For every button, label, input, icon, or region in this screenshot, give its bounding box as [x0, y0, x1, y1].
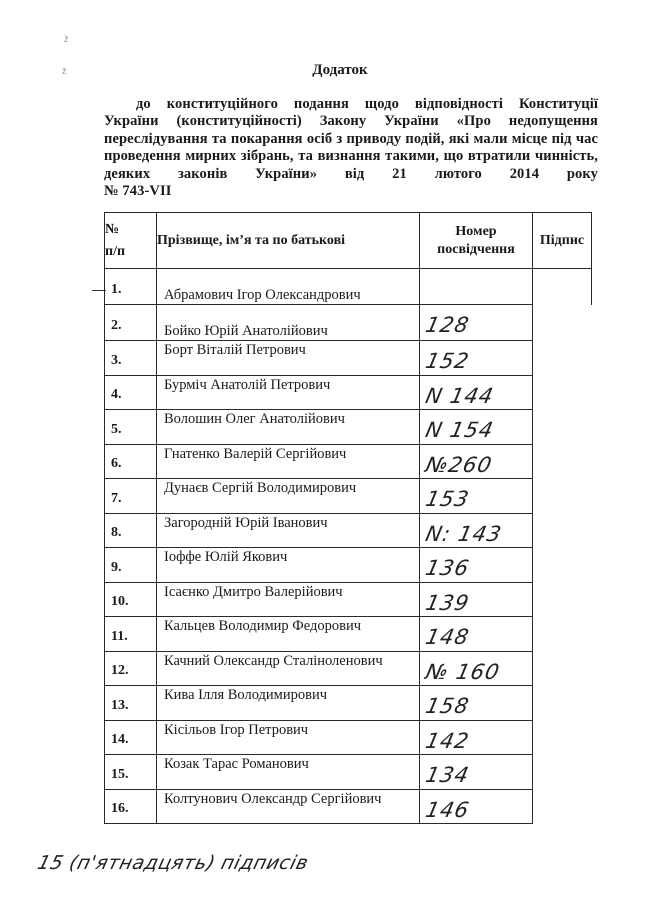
- handwritten-id: № 160: [423, 660, 502, 684]
- row-id-number: N: 143: [420, 513, 533, 548]
- row-number: 8.: [105, 513, 157, 548]
- handwritten-id: №260: [423, 453, 494, 477]
- row-full-name: Кива Ілля Володимирович: [157, 686, 420, 721]
- deputies-table: № п/п Прізвище, ім’я та по батькові Номе…: [104, 212, 592, 824]
- row-number: 12.: [105, 651, 157, 686]
- intro-word: року: [567, 166, 598, 183]
- row-signature: [533, 444, 592, 479]
- row-id-number: [420, 269, 533, 305]
- table-row: 9.Іоффе Юлій Якович136: [105, 548, 592, 583]
- row-signature: [533, 548, 592, 583]
- row-id-number: 139: [420, 582, 533, 617]
- row-full-name: Дунаєв Сергій Володимирович: [157, 479, 420, 514]
- row-id-number: 146: [420, 789, 533, 824]
- row-number: 11.: [105, 617, 157, 652]
- row-full-name: Кальцев Володимир Федорович: [157, 617, 420, 652]
- document-title: Додаток: [0, 62, 650, 79]
- row-full-name: Кісільов Ігор Петрович: [157, 720, 420, 755]
- row-signature: [533, 269, 592, 305]
- table-header-row: № п/п Прізвище, ім’я та по батькові Номе…: [105, 213, 592, 269]
- row-id-number: N 154: [420, 410, 533, 445]
- row-signature: [533, 651, 592, 686]
- row-number: 16.: [105, 789, 157, 824]
- table-row: 5.Волошин Олег АнатолійовичN 154: [105, 410, 592, 445]
- row-id-number: 148: [420, 617, 533, 652]
- handwritten-id: 139: [423, 591, 471, 615]
- handwritten-id: 146: [423, 798, 471, 822]
- row-id-number: № 160: [420, 651, 533, 686]
- row-id-number: 134: [420, 755, 533, 790]
- table-row: 6.Гнатенко Валерій Сергійович№260: [105, 444, 592, 479]
- row-number: 5.: [105, 410, 157, 445]
- row-full-name: Ісаєнко Дмитро Валерійович: [157, 582, 420, 617]
- row-signature: [533, 582, 592, 617]
- row-signature: [533, 479, 592, 514]
- row-signature: [533, 513, 592, 548]
- row-signature: [533, 341, 592, 376]
- handwritten-id: 136: [423, 556, 471, 580]
- intro-line: проведення мирних зібрань, та визнання т…: [104, 148, 598, 165]
- handwritten-id: 142: [423, 729, 471, 753]
- document-intro: до конституційного подання щодо відповід…: [104, 96, 598, 200]
- intro-word: 2014: [510, 166, 539, 183]
- row-id-number: 128: [420, 305, 533, 341]
- row-id-number: N 144: [420, 375, 533, 410]
- table-row: 8.Загородній Юрій ІвановичN: 143: [105, 513, 592, 548]
- row-number: 9.: [105, 548, 157, 583]
- row-number: 14.: [105, 720, 157, 755]
- signature-count-note: 15 (п'ятнадцять) підписів: [35, 852, 311, 874]
- handwritten-id: 134: [423, 763, 471, 787]
- row-full-name: Гнатенко Валерій Сергійович: [157, 444, 420, 479]
- row-signature: [533, 410, 592, 445]
- row-full-name: Колтунович Олександр Сергійович: [157, 789, 420, 824]
- table-row: 7.Дунаєв Сергій Володимирович153: [105, 479, 592, 514]
- row-id-number: 136: [420, 548, 533, 583]
- intro-line: України (конституційності) Закону Україн…: [104, 113, 598, 130]
- row-signature: [533, 789, 592, 824]
- row-full-name: Качний Олександр Сталіноленович: [157, 651, 420, 686]
- row-id-number: №260: [420, 444, 533, 479]
- intro-line: переслідування та покарання осіб з приво…: [104, 131, 598, 148]
- row-id-number: 142: [420, 720, 533, 755]
- intro-line: № 743-VII: [104, 183, 598, 200]
- handwritten-id: 152: [423, 349, 471, 373]
- row-full-name: Бойко Юрій Анатолійович: [157, 305, 420, 341]
- intro-word: від: [345, 166, 365, 183]
- table-row: 10.Ісаєнко Дмитро Валерійович139: [105, 582, 592, 617]
- header-number: № п/п: [105, 213, 157, 269]
- intro-word: 21: [392, 166, 407, 183]
- intro-word: лютого: [435, 166, 482, 183]
- row-signature: [533, 755, 592, 790]
- row-number: 3.: [105, 341, 157, 376]
- intro-word: законів: [178, 166, 227, 183]
- handwritten-id: N 154: [423, 418, 496, 442]
- row-full-name: Борт Віталій Петрович: [157, 341, 420, 376]
- table-row: 3.Борт Віталій Петрович152: [105, 341, 592, 376]
- row-signature: [533, 686, 592, 721]
- row-number: 1.: [105, 269, 157, 305]
- table-row: 13.Кива Ілля Володимирович158: [105, 686, 592, 721]
- handwritten-id: 128: [423, 313, 471, 337]
- header-signature: Підпис: [533, 213, 592, 269]
- table-row: 4.Бурміч Анатолій ПетровичN 144: [105, 375, 592, 410]
- scan-mark: ž: [64, 34, 69, 44]
- table-row: 14.Кісільов Ігор Петрович142: [105, 720, 592, 755]
- handwritten-id: N 144: [423, 384, 496, 408]
- table-row: 12.Качний Олександр Сталіноленович№ 160: [105, 651, 592, 686]
- row-signature: [533, 305, 592, 341]
- intro-word: України»: [255, 166, 317, 183]
- handwritten-id: N: 143: [423, 522, 504, 546]
- row-number: 6.: [105, 444, 157, 479]
- header-name: Прізвище, ім’я та по батькові: [157, 213, 420, 269]
- row-full-name: Іоффе Юлій Якович: [157, 548, 420, 583]
- row-full-name: Бурміч Анатолій Петрович: [157, 375, 420, 410]
- table-row: 2.Бойко Юрій Анатолійович128: [105, 305, 592, 341]
- row-number: 4.: [105, 375, 157, 410]
- intro-line: деякихзаконівУкраїни»від21лютого2014року: [104, 166, 598, 183]
- row-number: 2.: [105, 305, 157, 341]
- row-number: 10.: [105, 582, 157, 617]
- intro-line: до конституційного подання щодо відповід…: [104, 96, 598, 113]
- handwritten-id: 158: [423, 694, 471, 718]
- intro-word: деяких: [104, 166, 150, 183]
- row-full-name: Волошин Олег Анатолійович: [157, 410, 420, 445]
- handwritten-id: 153: [423, 487, 471, 511]
- row-full-name: Абрамович Ігор Олександрович: [157, 269, 420, 305]
- table-row: 1.Абрамович Ігор Олександрович: [105, 269, 592, 305]
- table-row: 16.Колтунович Олександр Сергійович146: [105, 789, 592, 824]
- row-signature: [533, 720, 592, 755]
- table-row: 11.Кальцев Володимир Федорович148: [105, 617, 592, 652]
- row-signature: [533, 375, 592, 410]
- row-number: 13.: [105, 686, 157, 721]
- table-row: 15.Козак Тарас Романович134: [105, 755, 592, 790]
- row-id-number: 158: [420, 686, 533, 721]
- row-number: 15.: [105, 755, 157, 790]
- header-id-number: Номер посвідчення: [420, 213, 533, 269]
- handwritten-id: 148: [423, 625, 471, 649]
- row-number: 7.: [105, 479, 157, 514]
- row-signature: [533, 617, 592, 652]
- row-full-name: Загородній Юрій Іванович: [157, 513, 420, 548]
- row-id-number: 152: [420, 341, 533, 376]
- row-id-number: 153: [420, 479, 533, 514]
- row-full-name: Козак Тарас Романович: [157, 755, 420, 790]
